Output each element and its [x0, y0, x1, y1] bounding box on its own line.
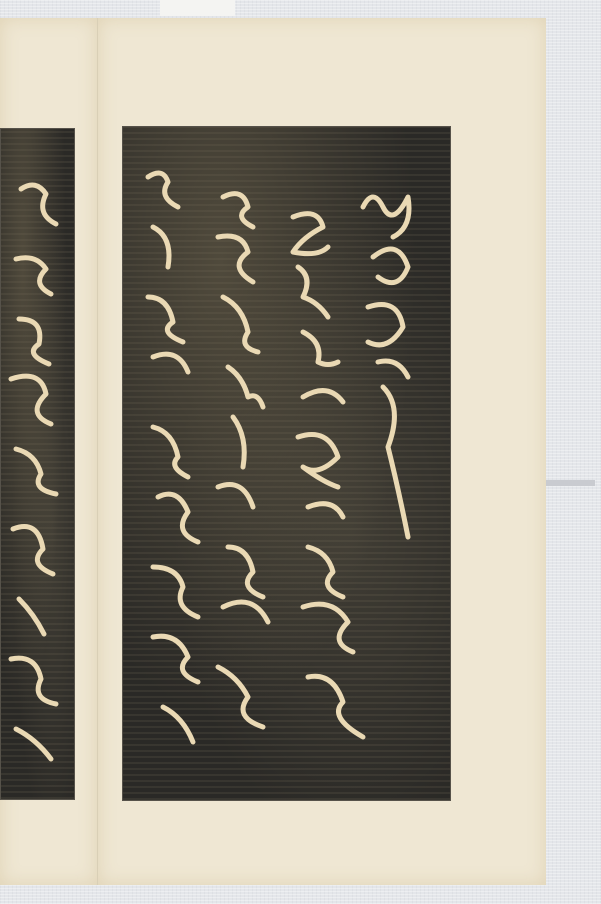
- right-rubbing-panel: [122, 126, 451, 801]
- right-album-page: [97, 18, 546, 885]
- left-calligraphy-strokes: [1, 129, 74, 799]
- paper-tab: [160, 0, 235, 16]
- right-calligraphy-strokes: [123, 127, 450, 800]
- foam-edge: [545, 480, 595, 486]
- left-album-page: [0, 18, 97, 885]
- left-rubbing-panel: [0, 128, 75, 800]
